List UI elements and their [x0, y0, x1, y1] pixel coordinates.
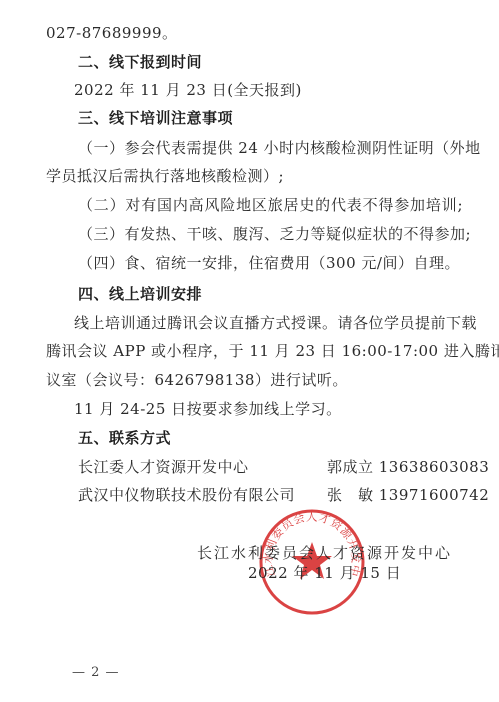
section-3-item-4: （四）食、宿统一安排，住宿费用（300 元/间）自理。 — [78, 253, 460, 273]
contact-1-org: 长江委人才资源开发中心 — [78, 457, 249, 477]
continuation-phone-line: 027-87689999。 — [46, 23, 178, 43]
section-3-item-1-line-2: 学员抵汉后需执行落地核酸检测）; — [46, 166, 284, 186]
section-3-item-1-line-1: （一）参会代表需提供 24 小时内核酸检测阴性证明（外地 — [78, 138, 468, 158]
page-number: — 2 — — [72, 665, 120, 680]
contact-2-org: 武汉中仪物联技术股份有限公司 — [78, 485, 295, 505]
contact-1-person: 郭成立 13638603083 — [327, 457, 489, 477]
signature-org: 长江水利委员会人才资源开发中心 — [197, 543, 452, 563]
section-2-heading: 二、线下报到时间 — [78, 52, 202, 72]
section-2-body: 2022 年 11 月 23 日(全天报到) — [74, 80, 302, 100]
section-4-paragraph-1-line-1: 线上培训通过腾讯会议直播方式授课。请各位学员提前下载 — [74, 313, 466, 333]
section-4-paragraph-1-line-3: 议室（会议号：6426798138）进行试听。 — [46, 370, 348, 390]
section-5-heading: 五、联系方式 — [78, 428, 171, 448]
signature-date: 2022 年 11 月 15 日 — [248, 563, 401, 583]
contact-2-person: 张 敏 13971600742 — [327, 485, 489, 505]
section-4-paragraph-1-line-2: 腾讯会议 APP 或小程序，于 11 月 23 日 16:00-17:00 进入… — [46, 341, 466, 361]
section-4-heading: 四、线上培训安排 — [78, 284, 202, 304]
section-3-item-2: （二）对有国内高风险地区旅居史的代表不得参加培训; — [78, 195, 463, 215]
section-4-paragraph-2: 11 月 24-25 日按要求参加线上学习。 — [74, 399, 342, 419]
section-3-heading: 三、线下培训注意事项 — [78, 108, 233, 128]
section-3-item-3: （三）有发热、干咳、腹泻、乏力等疑似症状的不得参加; — [78, 224, 463, 244]
